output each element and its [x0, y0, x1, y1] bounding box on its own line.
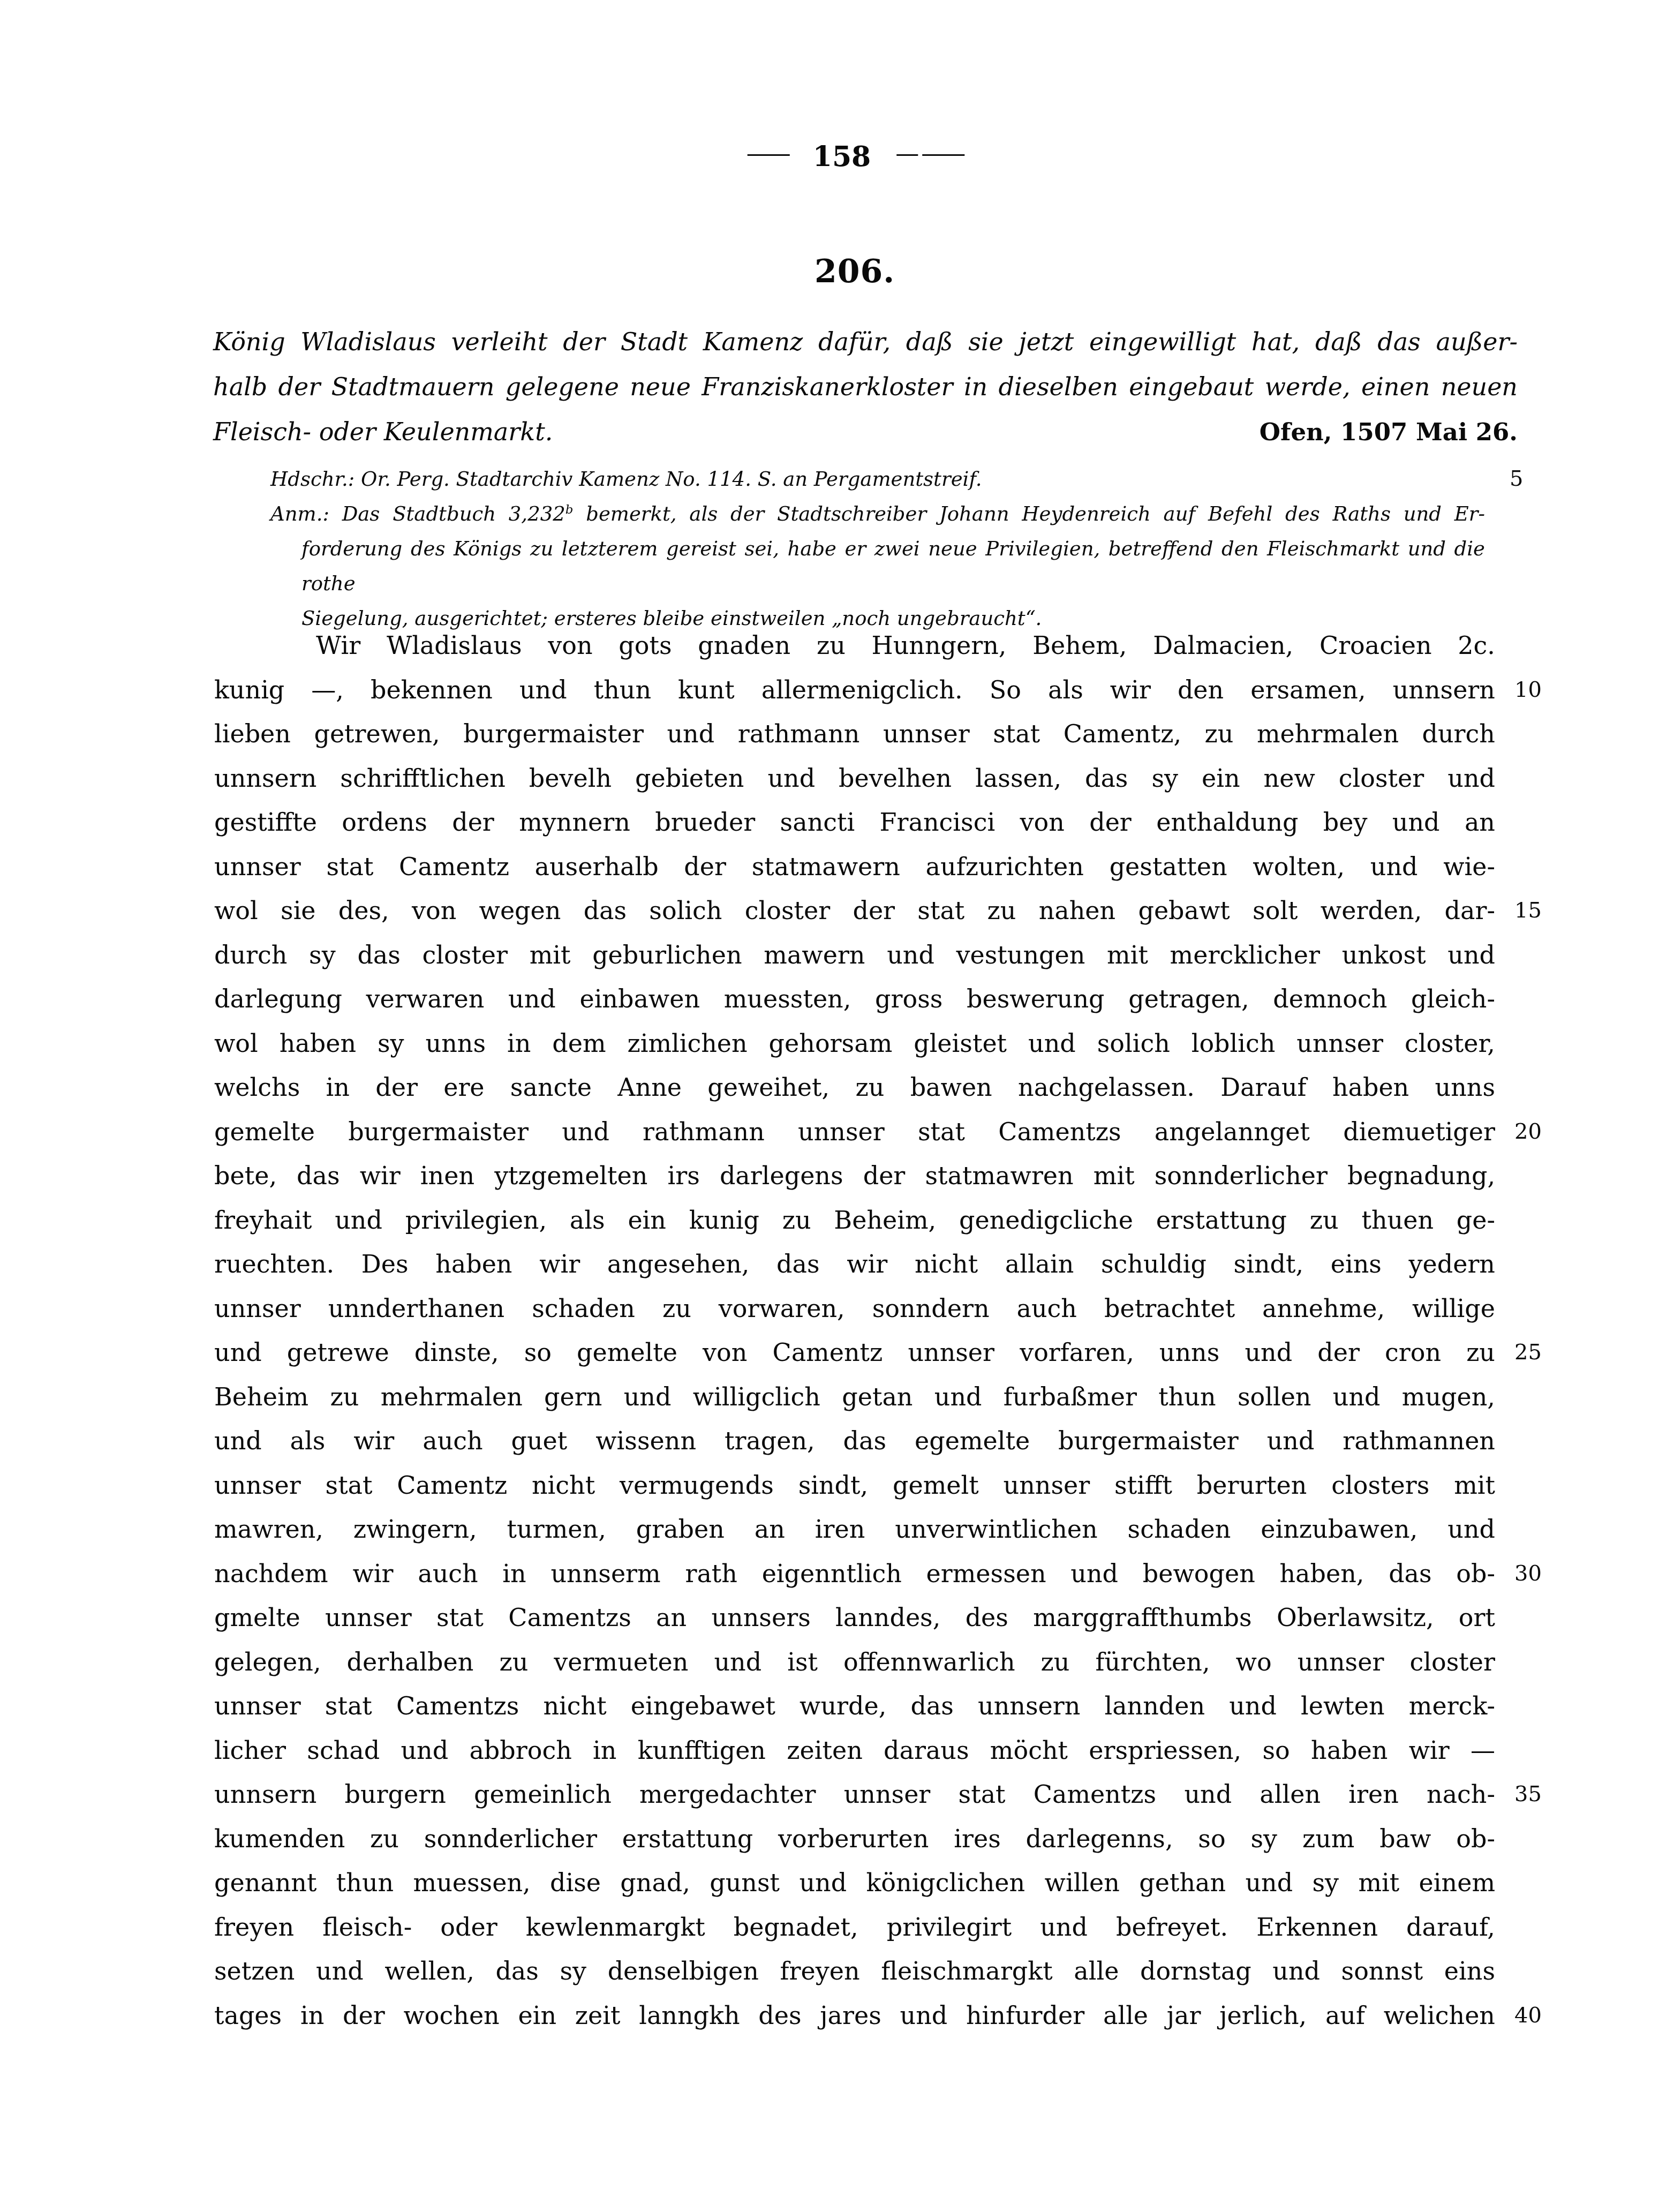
body-line: licher schad und abbroch in kunfftigen z… — [214, 1728, 1495, 1773]
body-line-text: unnser stat Camentzs nicht eingebawet wu… — [214, 1691, 1495, 1720]
body-line: wol haben sy unns in dem zimlichen gehor… — [214, 1021, 1495, 1066]
margin-line-number: 35 — [1514, 1772, 1542, 1817]
date-place: Ofen, 1507 Mai 26. — [1260, 410, 1518, 455]
body-line-text: kunig —, bekennen und thun kunt allermen… — [214, 675, 1495, 704]
body-line: gestiffte ordens der mynnern brueder san… — [214, 800, 1495, 845]
body-line: freyen fleisch- oder kewlenmargkt begnad… — [214, 1905, 1495, 1950]
body-line: nachdem wir auch in unnserm rath eigennt… — [214, 1552, 1495, 1596]
body-line: unnser unnderthanen schaden zu vorwaren,… — [214, 1286, 1495, 1331]
margin-line-number: 5 — [1510, 462, 1523, 496]
regest-summary: König Wladislaus verleiht der Stadt Kame… — [213, 319, 1518, 455]
regest-last-row: Fleisch- oder Keulenmarkt. Ofen, 1507 Ma… — [213, 409, 1518, 455]
margin-line-number: 40 — [1514, 1993, 1542, 2038]
body-line-text: Wir Wladislaus von gots gnaden zu Hunnge… — [316, 631, 1495, 660]
regest-line: König Wladislaus verleiht der Stadt Kame… — [213, 319, 1518, 364]
body-line-text: durch sy das closter mit geburlichen maw… — [214, 941, 1495, 969]
body-line: genannt thun muessen, dise gnad, gunst u… — [214, 1861, 1495, 1905]
anm-text: bemerkt, als der Stadtschreiber Johann H… — [573, 502, 1485, 525]
regest-line: Fleisch- oder Keulenmarkt. — [213, 409, 553, 454]
body-line-text: wol sie des, von wegen das solich closte… — [214, 896, 1495, 925]
body-line: bete, das wir inen ytzgemelten irs darle… — [214, 1154, 1495, 1198]
body-line-text: lieben getrewen, burgermaister und rathm… — [214, 719, 1495, 748]
margin-line-number: 15 — [1514, 889, 1542, 933]
body-line-text: gmelte unnser stat Camentzs an unnsers l… — [214, 1603, 1495, 1632]
body-text: Wir Wladislaus von gots gnaden zu Hunnge… — [214, 623, 1495, 2037]
source-notes: Hdschr.: Or. Perg. Stadtarchiv Kamenz No… — [270, 462, 1485, 636]
body-line-text: freyen fleisch- oder kewlenmargkt begnad… — [214, 1913, 1495, 1942]
body-line: wol sie des, von wegen das solich closte… — [214, 889, 1495, 933]
body-line: unnsern burgern gemeinlich mergedachter … — [214, 1772, 1495, 1817]
anm-line: forderung des Königs zu letzterem gereis… — [270, 531, 1485, 601]
margin-line-number: 30 — [1514, 1552, 1542, 1596]
anm-line: Anm.: Das Stadtbuch 3,232b bemerkt, als … — [270, 496, 1485, 531]
body-line: unnser stat Camentz auserhalb der statma… — [214, 845, 1495, 889]
page-number: 158 — [813, 138, 871, 176]
body-line-text: mawren, zwingern, turmen, graben an iren… — [214, 1515, 1495, 1544]
body-line-text: wol haben sy unns in dem zimlichen gehor… — [214, 1029, 1495, 1058]
body-line: freyhait und privilegien, als ein kunig … — [214, 1198, 1495, 1243]
body-line: Wir Wladislaus von gots gnaden zu Hunnge… — [214, 623, 1495, 668]
entry-number: 206. — [214, 253, 1495, 290]
margin-line-number: 10 — [1514, 668, 1542, 712]
body-line-text: licher schad und abbroch in kunfftigen z… — [214, 1736, 1495, 1765]
body-line: unnsern schrifftlichen bevelh gebieten u… — [214, 756, 1495, 801]
body-line-text: Beheim zu mehrmalen gern und willigclich… — [214, 1382, 1495, 1411]
book-page: —— 158 — —— 206. König Wladislaus verlei… — [0, 0, 1674, 2212]
body-line-text: unnsern schrifftlichen bevelh gebieten u… — [214, 764, 1495, 793]
body-line-text: unnser stat Camentz nicht vermugends sin… — [214, 1471, 1495, 1500]
body-line-text: unnser stat Camentz auserhalb der statma… — [214, 852, 1495, 881]
body-line-text: und getrewe dinste, so gemelte von Camen… — [214, 1338, 1495, 1367]
body-line: welchs in der ere sancte Anne geweihet, … — [214, 1065, 1495, 1110]
body-line-text: bete, das wir inen ytzgemelten irs darle… — [214, 1161, 1495, 1190]
body-line-text: gestiffte ordens der mynnern brueder san… — [214, 808, 1495, 837]
body-line-text: kumenden zu sonnderlicher erstattung vor… — [214, 1824, 1495, 1853]
body-line: und getrewe dinste, so gemelte von Camen… — [214, 1330, 1495, 1375]
body-line: lieben getrewen, burgermaister und rathm… — [214, 712, 1495, 756]
body-line-text: unnsern burgern gemeinlich mergedachter … — [214, 1780, 1495, 1809]
body-line: gemelte burgermaister und rathmann unnse… — [214, 1110, 1495, 1154]
body-line: kunig —, bekennen und thun kunt allermen… — [214, 668, 1495, 712]
body-line: darlegung verwaren und einbawen muessten… — [214, 977, 1495, 1021]
anm-superscript: b — [565, 503, 574, 517]
body-line-text: ruechten. Des haben wir angesehen, das w… — [214, 1250, 1495, 1278]
body-line: ruechten. Des haben wir angesehen, das w… — [214, 1242, 1495, 1286]
body-line-text: freyhait und privilegien, als ein kunig … — [214, 1206, 1495, 1235]
body-line: gmelte unnser stat Camentzs an unnsers l… — [214, 1596, 1495, 1640]
body-line: gelegen, derhalben zu vermueten und ist … — [214, 1640, 1495, 1684]
body-line-text: und als wir auch guet wissenn tragen, da… — [214, 1426, 1495, 1455]
margin-line-number: 20 — [1514, 1110, 1542, 1154]
header-rule-left: —— — [746, 135, 788, 172]
body-line-text: gemelte burgermaister und rathmann unnse… — [214, 1117, 1495, 1146]
body-line: tages in der wochen ein zeit lanngkh des… — [214, 1993, 1495, 2038]
page-header: —— 158 — —— — [214, 138, 1495, 176]
body-line-text: unnser unnderthanen schaden zu vorwaren,… — [214, 1294, 1495, 1323]
body-line: durch sy das closter mit geburlichen maw… — [214, 933, 1495, 977]
hdschr-text: Hdschr.: Or. Perg. Stadtarchiv Kamenz No… — [270, 468, 982, 491]
body-line-text: gelegen, derhalben zu vermueten und ist … — [214, 1647, 1495, 1676]
body-line-text: genannt thun muessen, dise gnad, gunst u… — [214, 1868, 1495, 1897]
body-line-text: nachdem wir auch in unnserm rath eigennt… — [214, 1559, 1495, 1588]
body-line: unnser stat Camentzs nicht eingebawet wu… — [214, 1684, 1495, 1728]
margin-line-number: 25 — [1514, 1330, 1542, 1375]
body-line-text: setzen und wellen, das sy denselbigen fr… — [214, 1957, 1495, 1985]
anm-text: Anm.: Das Stadtbuch 3,232 — [270, 502, 565, 525]
body-line-text: tages in der wochen ein zeit lanngkh des… — [214, 2001, 1495, 2030]
hdschr-line: Hdschr.: Or. Perg. Stadtarchiv Kamenz No… — [270, 462, 1485, 496]
body-line: mawren, zwingern, turmen, graben an iren… — [214, 1507, 1495, 1552]
body-line: kumenden zu sonnderlicher erstattung vor… — [214, 1817, 1495, 1861]
body-line: unnser stat Camentz nicht vermugends sin… — [214, 1463, 1495, 1508]
body-line: und als wir auch guet wissenn tragen, da… — [214, 1419, 1495, 1463]
body-line: Beheim zu mehrmalen gern und willigclich… — [214, 1375, 1495, 1419]
body-line: setzen und wellen, das sy denselbigen fr… — [214, 1949, 1495, 1993]
regest-line: halb der Stadtmauern gelegene neue Franz… — [213, 364, 1518, 409]
header-rule-right: — —— — [895, 135, 963, 172]
body-line-text: welchs in der ere sancte Anne geweihet, … — [214, 1073, 1495, 1102]
body-line-text: darlegung verwaren und einbawen muessten… — [214, 984, 1495, 1013]
